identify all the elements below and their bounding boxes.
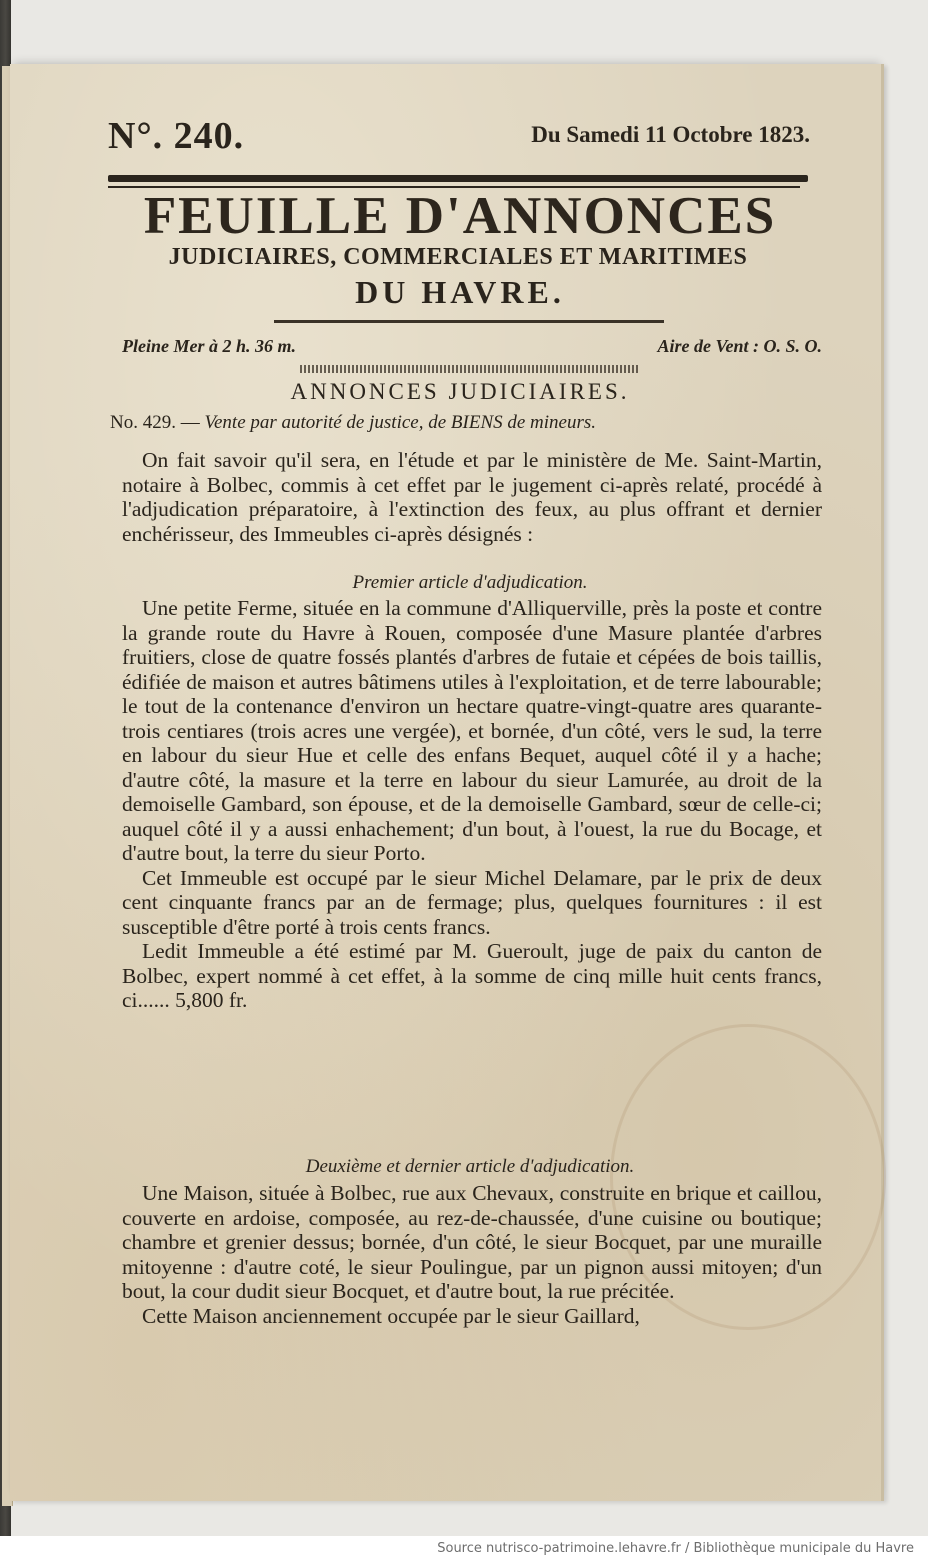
issue-header: N°. 240. Du Samedi 11 Octobre 1823. xyxy=(100,114,820,158)
masthead-subtitle: JUDICIAIRES, COMMERCIALES ET MARITIMES xyxy=(98,244,818,271)
high-tide-info: Pleine Mer à 2 h. 36 m. xyxy=(122,336,296,357)
tide-wind-line: Pleine Mer à 2 h. 36 m. Aire de Vent : O… xyxy=(122,336,822,362)
announcement-title: Vente par autorité de justice, de BIENS … xyxy=(204,412,596,433)
scan-background: N°. 240. Du Samedi 11 Octobre 1823. FEUI… xyxy=(0,0,928,1536)
article1-heading: Premier article d'adjudication. xyxy=(110,572,830,594)
issue-date: Du Samedi 11 Octobre 1823. xyxy=(531,122,810,148)
article2-heading: Deuxième et dernier article d'adjudicati… xyxy=(110,1156,830,1178)
article2-block: Une Maison, située à Bolbec, rue aux Che… xyxy=(122,1181,822,1328)
article1-block: Une petite Ferme, située en la commune d… xyxy=(122,596,822,1013)
article1-occupancy: Cet Immeuble est occupé par le sieur Mic… xyxy=(122,866,822,940)
announcement-heading: No. 429. — Vente par autorité de justice… xyxy=(110,412,820,434)
header-rule-thick xyxy=(108,175,808,182)
masthead-rule xyxy=(274,320,664,323)
intro-paragraph-block: On fait savoir qu'il sera, en l'étude et… xyxy=(122,448,822,546)
announcement-number: No. 429. xyxy=(110,412,176,433)
masthead-title: FEUILLE D'ANNONCES xyxy=(120,186,800,246)
announcement-dash: — xyxy=(181,412,200,433)
wind-direction-info: Aire de Vent : O. S. O. xyxy=(657,336,822,357)
source-credit: Source nutrisco-patrimoine.lehavre.fr / … xyxy=(437,1541,914,1556)
newspaper-page: N°. 240. Du Samedi 11 Octobre 1823. FEUI… xyxy=(10,64,884,1501)
intro-paragraph: On fait savoir qu'il sera, en l'étude et… xyxy=(122,448,822,546)
article2-description: Une Maison, située à Bolbec, rue aux Che… xyxy=(122,1181,822,1304)
masthead-city: DU HAVRE. xyxy=(100,274,820,311)
ornamental-divider xyxy=(300,365,640,373)
article1-estimate: Ledit Immeuble a été estimé par M. Guero… xyxy=(122,939,822,1013)
article2-occupancy: Cette Maison anciennement occupée par le… xyxy=(122,1304,822,1329)
section-heading: ANNONCES JUDICIAIRES. xyxy=(100,379,820,405)
issue-number: N°. 240. xyxy=(108,114,244,158)
article1-description: Une petite Ferme, située en la commune d… xyxy=(122,596,822,866)
